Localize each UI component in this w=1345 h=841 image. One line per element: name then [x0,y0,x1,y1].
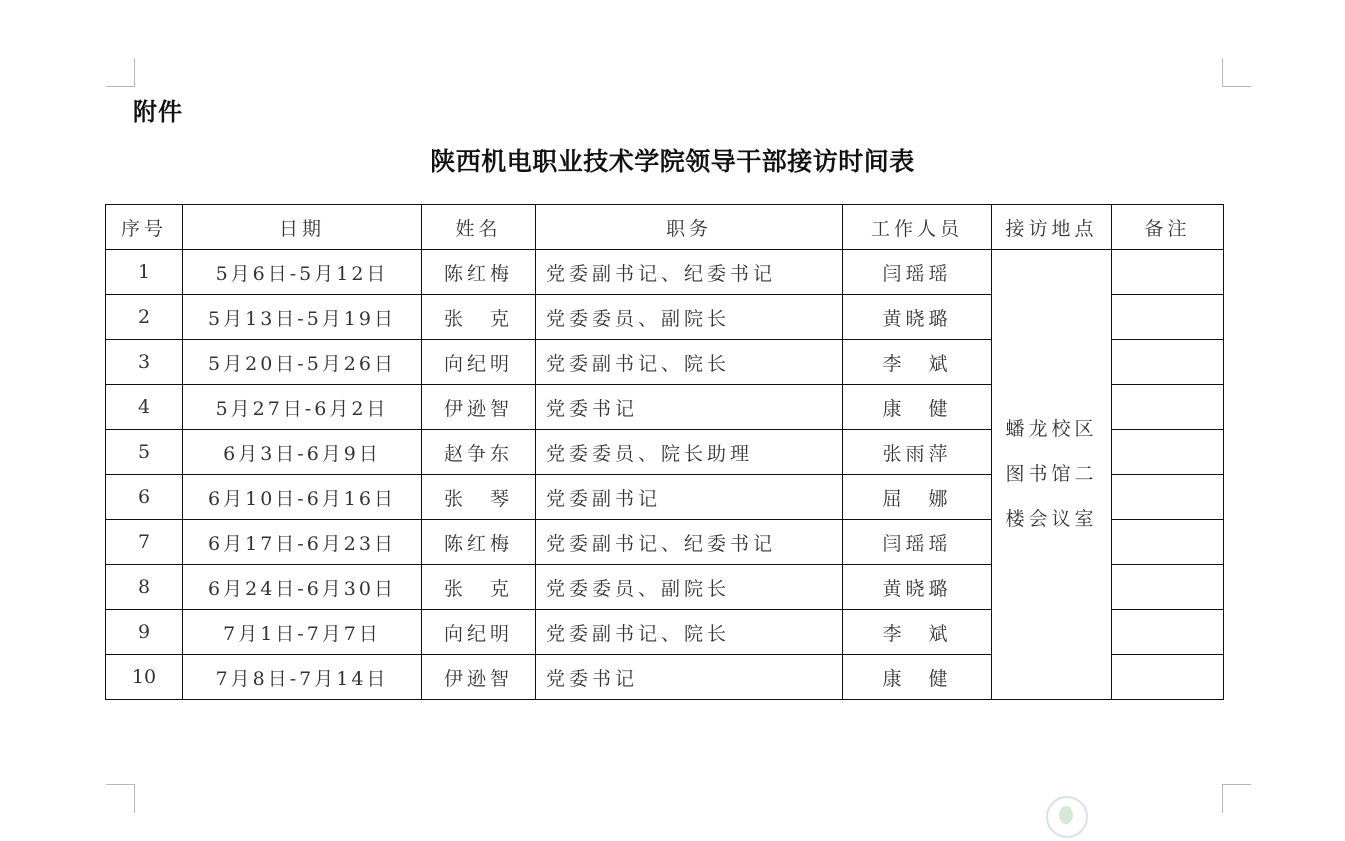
cell-remark [1112,655,1224,700]
table-row: 1 5月6日-5月12日 陈红梅 党委副书记、纪委书记 闫瑶瑶 蟠龙校区 图书馆… [106,250,1224,295]
cell-remark [1112,250,1224,295]
cell-duty: 党委副书记、纪委书记 [536,520,843,565]
cell-no: 8 [106,565,183,610]
cell-date: 7月1日-7月7日 [183,610,422,655]
header-name: 姓名 [422,205,536,250]
page-corner-mark-bottom-left [106,784,135,813]
cell-duty: 党委委员、副院长 [536,295,843,340]
cell-date: 6月17日-6月23日 [183,520,422,565]
cell-duty: 党委委员、副院长 [536,565,843,610]
cell-no: 2 [106,295,183,340]
cell-duty: 党委副书记、院长 [536,340,843,385]
cell-remark [1112,520,1224,565]
cell-staff: 闫瑶瑶 [843,520,992,565]
header-remark: 备注 [1112,205,1224,250]
cell-date: 6月10日-6月16日 [183,475,422,520]
schedule-table: 序号 日期 姓名 职务 工作人员 接访地点 备注 1 5月6日-5月12日 陈红… [105,204,1224,700]
cell-name: 向纪明 [422,610,536,655]
cell-date: 7月8日-7月14日 [183,655,422,700]
cell-staff: 李 斌 [843,610,992,655]
header-duty: 职务 [536,205,843,250]
cell-name: 陈红梅 [422,250,536,295]
cell-remark [1112,475,1224,520]
cell-duty: 党委书记 [536,655,843,700]
table-header-row: 序号 日期 姓名 职务 工作人员 接访地点 备注 [106,205,1224,250]
page-corner-mark-top-left [106,58,135,87]
page-corner-mark-top-right [1222,58,1251,87]
location-line: 蟠龙校区 [992,407,1111,452]
cell-remark [1112,295,1224,340]
header-no: 序号 [106,205,183,250]
cell-duty: 党委书记 [536,385,843,430]
location-line: 楼会议室 [992,497,1111,542]
cell-staff: 屈 娜 [843,475,992,520]
attachment-label: 附件 [133,92,183,127]
cell-duty: 党委副书记、院长 [536,610,843,655]
cell-name: 伊逊智 [422,655,536,700]
cell-remark [1112,385,1224,430]
cell-no: 5 [106,430,183,475]
cell-remark [1112,430,1224,475]
header-location: 接访地点 [992,205,1112,250]
cell-staff: 康 健 [843,385,992,430]
cell-staff: 张雨萍 [843,430,992,475]
document-title: 陕西机电职业技术学院领导干部接访时间表 [0,142,1345,178]
cell-no: 3 [106,340,183,385]
header-staff: 工作人员 [843,205,992,250]
header-date: 日期 [183,205,422,250]
cell-no: 4 [106,385,183,430]
cell-location: 蟠龙校区 图书馆二 楼会议室 [992,250,1112,700]
cell-name: 张 克 [422,565,536,610]
cell-no: 10 [106,655,183,700]
cell-no: 7 [106,520,183,565]
cell-staff: 黄晓璐 [843,565,992,610]
cell-duty: 党委委员、院长助理 [536,430,843,475]
cell-staff: 李 斌 [843,340,992,385]
cell-name: 向纪明 [422,340,536,385]
cell-date: 5月6日-5月12日 [183,250,422,295]
cell-no: 1 [106,250,183,295]
college-seal-icon [1046,796,1088,838]
cell-name: 赵争东 [422,430,536,475]
cell-remark [1112,565,1224,610]
cell-no: 9 [106,610,183,655]
cell-staff: 康 健 [843,655,992,700]
cell-date: 6月3日-6月9日 [183,430,422,475]
cell-name: 陈红梅 [422,520,536,565]
cell-staff: 闫瑶瑶 [843,250,992,295]
cell-remark [1112,610,1224,655]
cell-no: 6 [106,475,183,520]
cell-duty: 党委副书记 [536,475,843,520]
cell-date: 6月24日-6月30日 [183,565,422,610]
cell-date: 5月13日-5月19日 [183,295,422,340]
cell-date: 5月20日-5月26日 [183,340,422,385]
cell-date: 5月27日-6月2日 [183,385,422,430]
cell-remark [1112,340,1224,385]
cell-name: 张 琴 [422,475,536,520]
cell-staff: 黄晓璐 [843,295,992,340]
cell-name: 伊逊智 [422,385,536,430]
page-corner-mark-bottom-right [1222,784,1251,813]
cell-name: 张 克 [422,295,536,340]
cell-duty: 党委副书记、纪委书记 [536,250,843,295]
location-line: 图书馆二 [992,452,1111,497]
